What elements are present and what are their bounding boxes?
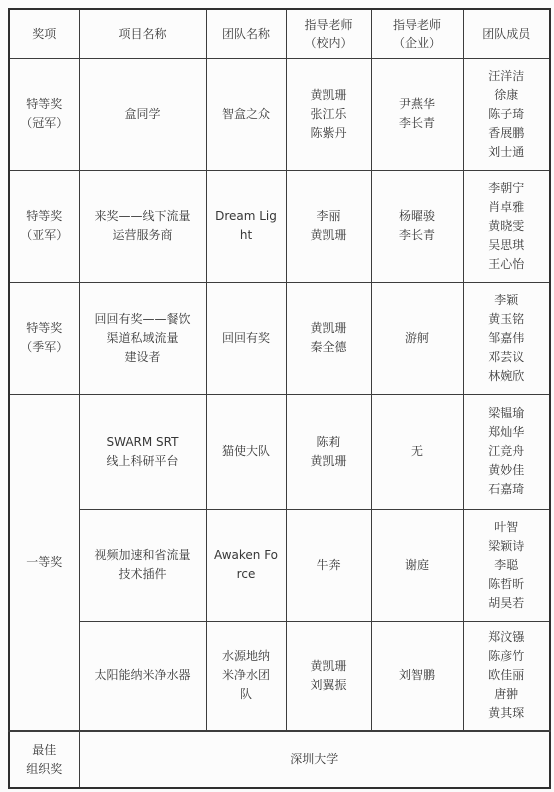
members-cell: 李朝宁 肖卓雅 黄晓雯 吴思琪 王心怡 [463, 170, 550, 282]
header-project-name: 项目名称 [79, 9, 206, 58]
advisor-company-cell: 游舸 [371, 282, 463, 394]
members-cell: 郑汶镪 陈彦竹 欧佳丽 唐翀 黄其琛 [463, 621, 550, 731]
advisor-company-cell: 尹燕华 李长青 [371, 58, 463, 170]
project-cell: 盒同学 [79, 58, 206, 170]
table-row: 特等奖 （季军） 回回有奖——餐饮 渠道私域流量 建设者 回回有奖 黄凯珊 秦全… [9, 282, 550, 394]
organization-winner-cell: 深圳大学 [79, 731, 550, 788]
advisor-company-cell: 谢庭 [371, 509, 463, 621]
header-team-members: 团队成员 [463, 9, 550, 58]
table-row: 特等奖 （冠军） 盒同学 智盒之众 黄凯珊 张江乐 陈紫丹 尹燕华 李长青 汪洋… [9, 58, 550, 170]
header-advisor-company: 指导老师 （企业） [371, 9, 463, 58]
table-row: 一等奖 SWARM SRT 线上科研平台 猫使大队 陈莉 黄凯珊 无 梁韫瑜 郑… [9, 394, 550, 509]
award-cell: 特等奖 （亚军） [9, 170, 79, 282]
header-advisor-school: 指导老师 （校内） [286, 9, 371, 58]
team-cell: 猫使大队 [206, 394, 286, 509]
members-cell: 李颖 黄玉铭 邹嘉伟 邓芸议 林婉欣 [463, 282, 550, 394]
project-cell: SWARM SRT 线上科研平台 [79, 394, 206, 509]
project-cell: 视频加速和省流量 技术插件 [79, 509, 206, 621]
table-row: 特等奖 （亚军） 来奖——线下流量 运营服务商 Dream Lig ht 李丽 … [9, 170, 550, 282]
table-row-organization-award: 最佳 组织奖 深圳大学 [9, 731, 550, 788]
advisor-school-cell: 牛奔 [286, 509, 371, 621]
advisor-school-cell: 黄凯珊 秦全德 [286, 282, 371, 394]
award-cell-best-organization: 最佳 组织奖 [9, 731, 79, 788]
team-cell: 水源地纳 米净水团 队 [206, 621, 286, 731]
members-cell: 梁韫瑜 郑灿华 江竞舟 黄妙佳 石嘉琦 [463, 394, 550, 509]
advisor-school-cell: 陈莉 黄凯珊 [286, 394, 371, 509]
advisor-school-cell: 黄凯珊 刘翼振 [286, 621, 371, 731]
members-cell: 叶智 梁颖诗 李聪 陈哲昕 胡昊若 [463, 509, 550, 621]
team-cell: Awaken Fo rce [206, 509, 286, 621]
award-cell: 特等奖 （季军） [9, 282, 79, 394]
project-cell: 回回有奖——餐饮 渠道私域流量 建设者 [79, 282, 206, 394]
header-award: 奖项 [9, 9, 79, 58]
project-cell: 太阳能纳米净水器 [79, 621, 206, 731]
header-row: 奖项 项目名称 团队名称 指导老师 （校内） 指导老师 （企业） 团队成员 [9, 9, 550, 58]
team-cell: Dream Lig ht [206, 170, 286, 282]
document-page: 奖项 项目名称 团队名称 指导老师 （校内） 指导老师 （企业） 团队成员 特等… [0, 0, 554, 792]
advisor-school-cell: 黄凯珊 张江乐 陈紫丹 [286, 58, 371, 170]
members-cell: 汪洋洁 徐康 陈子琦 香展鹏 刘士通 [463, 58, 550, 170]
table-row: 视频加速和省流量 技术插件 Awaken Fo rce 牛奔 谢庭 叶智 梁颖诗… [9, 509, 550, 621]
advisor-company-cell: 无 [371, 394, 463, 509]
award-cell: 特等奖 （冠军） [9, 58, 79, 170]
advisor-company-cell: 刘智鹏 [371, 621, 463, 731]
team-cell: 回回有奖 [206, 282, 286, 394]
advisor-school-cell: 李丽 黄凯珊 [286, 170, 371, 282]
team-cell: 智盒之众 [206, 58, 286, 170]
awards-table: 奖项 项目名称 团队名称 指导老师 （校内） 指导老师 （企业） 团队成员 特等… [8, 8, 551, 789]
table-row: 太阳能纳米净水器 水源地纳 米净水团 队 黄凯珊 刘翼振 刘智鹏 郑汶镪 陈彦竹… [9, 621, 550, 731]
project-cell: 来奖——线下流量 运营服务商 [79, 170, 206, 282]
advisor-company-cell: 杨曜骏 李长青 [371, 170, 463, 282]
award-cell-first-prize: 一等奖 [9, 394, 79, 731]
header-team-name: 团队名称 [206, 9, 286, 58]
